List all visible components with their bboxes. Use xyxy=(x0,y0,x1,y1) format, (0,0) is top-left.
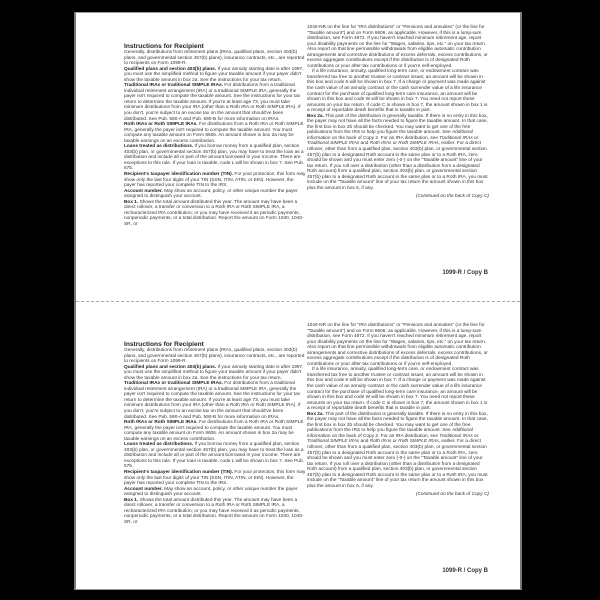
copy-label: 1099-R / Copy B xyxy=(442,270,488,276)
tin-paragraph: Recipient's taxpayer identification numb… xyxy=(124,470,306,487)
continued-note: (Continued on the back of Copy C) xyxy=(307,492,489,498)
box2a-heading: Box 2a. xyxy=(307,412,324,417)
right-column: 1040-NR on the line for “IRA distributio… xyxy=(307,323,489,498)
qualified-plans-paragraph: Qualified plans and section 403(b) plans… xyxy=(124,67,306,84)
copy-b-bottom: Instructions for Recipient Generally, di… xyxy=(76,303,520,592)
roth-iras-heading: Roth IRAs or Roth SIMPLE IRAs. xyxy=(124,420,198,425)
box1-paragraph: Box 1. Shows the total amount distribute… xyxy=(124,200,306,228)
box2a-text: and xyxy=(359,141,370,146)
instructions-title: Instructions for Recipient xyxy=(124,43,306,50)
box1-text: Shows the total amount distributed this … xyxy=(124,498,304,525)
intro-paragraph: Generally, distributions from retirement… xyxy=(124,50,306,67)
roth-iras-paragraph: Roth IRAs or Roth SIMPLE IRAs. For distr… xyxy=(124,122,306,144)
traditional-iras-paragraph: Traditional IRAs or traditional SIMPLE I… xyxy=(124,83,306,122)
box1-paragraph: Box 1. Shows the total amount distribute… xyxy=(124,498,306,526)
left-column: Instructions for Recipient Generally, di… xyxy=(124,341,306,526)
loans-heading: Loans treated as distributions. xyxy=(124,144,193,149)
account-number-heading: Account number. xyxy=(124,189,163,194)
instructions-title: Instructions for Recipient xyxy=(124,341,306,348)
intro-paragraph: Generally, distributions from retirement… xyxy=(124,348,306,365)
account-number-paragraph: Account number. May show an account, pol… xyxy=(124,189,306,200)
box1-continued-paragraph: 1040-NR on the line for “IRA distributio… xyxy=(307,25,489,69)
tin-heading: Recipient's taxpayer identification numb… xyxy=(124,172,233,177)
loans-heading: Loans treated as distributions. xyxy=(124,442,193,447)
form-1099r-page: Instructions for Recipient Generally, di… xyxy=(74,12,522,590)
traditional-iras-heading: Traditional IRAs or traditional SIMPLE I… xyxy=(124,83,223,88)
continued-note: (Continued on the back of Copy C) xyxy=(307,194,489,200)
loans-paragraph: Loans treated as distributions. If you b… xyxy=(124,442,306,470)
box2a-italic-ref: Roth IRAs or Roth SIMPLE IRAs xyxy=(370,439,439,444)
box2a-text: , earlier. For a direct rollover, other … xyxy=(307,439,488,488)
life-insurance-paragraph: If a life insurance, annuity, qualified … xyxy=(307,69,489,113)
box2a-italic-ref: Roth IRAs or Roth SIMPLE IRAs xyxy=(370,141,439,146)
traditional-iras-text: For distributions from a traditional ind… xyxy=(124,83,301,121)
roth-iras-heading: Roth IRAs or Roth SIMPLE IRAs. xyxy=(124,122,198,127)
account-number-paragraph: Account number. May show an account, pol… xyxy=(124,487,306,498)
box2a-paragraph: Box 2a. This part of the distribution is… xyxy=(307,412,489,490)
tin-paragraph: Recipient's taxpayer identification numb… xyxy=(124,172,306,189)
loans-paragraph: Loans treated as distributions. If you b… xyxy=(124,144,306,172)
copy-label: 1099-R / Copy B xyxy=(442,568,488,574)
box2a-heading: Box 2a. xyxy=(307,114,324,119)
box2a-text: and xyxy=(359,439,370,444)
traditional-iras-paragraph: Traditional IRAs or traditional SIMPLE I… xyxy=(124,381,306,420)
qualified-plans-paragraph: Qualified plans and section 403(b) plans… xyxy=(124,365,306,382)
left-column: Instructions for Recipient Generally, di… xyxy=(124,43,306,228)
tin-heading: Recipient's taxpayer identification numb… xyxy=(124,470,233,475)
box1-continued-paragraph: 1040-NR on the line for “IRA distributio… xyxy=(307,323,489,367)
qualified-plans-heading: Qualified plans and section 403(b) plans… xyxy=(124,67,216,72)
box1-text: Shows the total amount distributed this … xyxy=(124,200,304,227)
qualified-plans-heading: Qualified plans and section 403(b) plans… xyxy=(124,365,216,370)
traditional-iras-text: For distributions from a traditional ind… xyxy=(124,381,301,419)
account-number-heading: Account number. xyxy=(124,487,163,492)
life-insurance-paragraph: If a life insurance, annuity, qualified … xyxy=(307,367,489,411)
roth-iras-paragraph: Roth IRAs or Roth SIMPLE IRAs. For distr… xyxy=(124,420,306,442)
traditional-iras-heading: Traditional IRAs or traditional SIMPLE I… xyxy=(124,381,223,386)
box2a-text: , earlier. For a direct rollover, other … xyxy=(307,141,488,190)
copy-b-top: Instructions for Recipient Generally, di… xyxy=(76,13,520,302)
right-column: 1040-NR on the line for “IRA distributio… xyxy=(307,25,489,200)
box2a-paragraph: Box 2a. This part of the distribution is… xyxy=(307,114,489,192)
perforation-line xyxy=(76,301,520,302)
